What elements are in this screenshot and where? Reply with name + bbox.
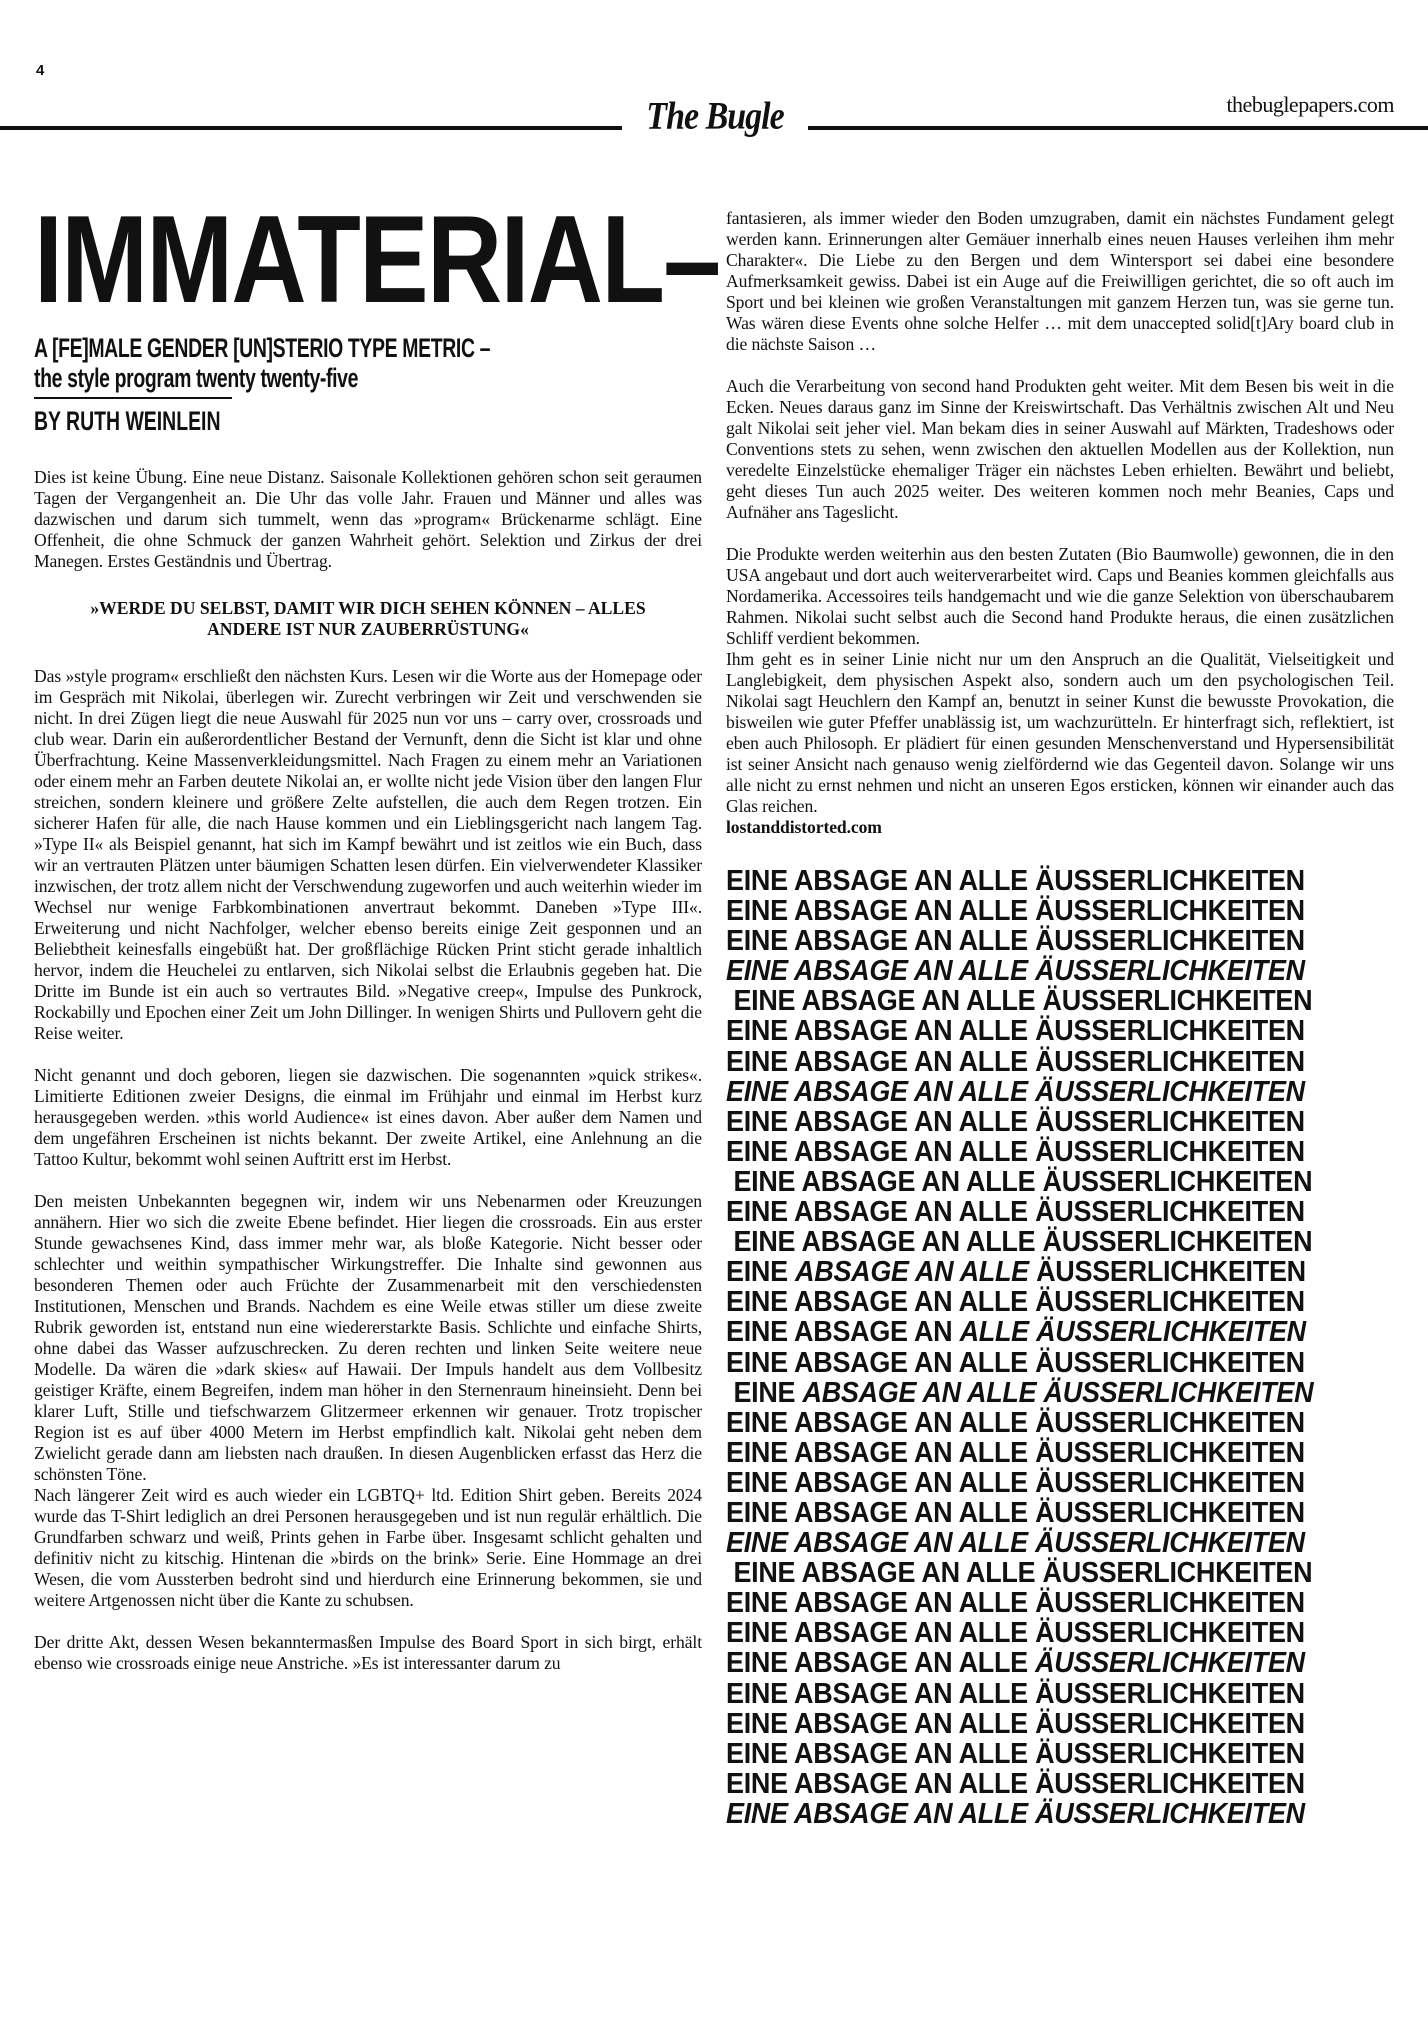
typography-word: ÄUSSERLICHKEITEN — [1035, 925, 1305, 957]
typography-word: ALLE — [959, 1678, 1036, 1710]
typography-word: EINE — [726, 1076, 794, 1108]
typography-word: ALLE — [959, 1407, 1036, 1439]
typography-word: ALLE — [959, 1347, 1036, 1379]
typography-word: ÄUSSERLICHKEITEN — [1035, 1768, 1305, 1800]
typography-word: ABSAGE — [802, 1377, 922, 1409]
typography-word: ABSAGE — [794, 1407, 914, 1439]
typography-word: ÄUSSERLICHKEITEN — [1035, 1647, 1305, 1679]
typography-word: AN — [922, 1377, 967, 1409]
typography-word: ABSAGE — [794, 1046, 914, 1078]
masthead-rule-left — [0, 126, 622, 130]
body-paragraph: Ihm geht es in seiner Linie nicht nur um… — [726, 649, 1394, 817]
body-paragraph: Nach längerer Zeit wird es auch wieder e… — [34, 1485, 702, 1611]
typography-word: EINE — [726, 1617, 794, 1649]
typography-word: ABSAGE — [794, 1497, 914, 1529]
typography-word: AN — [914, 1347, 959, 1379]
typography-row: EINE ABSAGE AN ALLE ÄUSSERLICHKEITEN — [726, 1468, 1347, 1498]
typography-word: ÄUSSERLICHKEITEN — [1035, 955, 1305, 987]
pull-quote: »WERDE DU SELBST, DAMIT WIR DICH SEHEN K… — [54, 598, 682, 640]
typography-word: ABSAGE — [801, 1166, 921, 1198]
website-link[interactable]: lostanddistorted.com — [726, 817, 1394, 838]
typography-row: EINE ABSAGE AN ALLE ÄUSSERLICHKEITEN — [726, 1408, 1347, 1438]
typography-word: ÄUSSERLICHKEITEN — [1035, 1076, 1305, 1108]
typography-word: ABSAGE — [801, 1557, 921, 1589]
typography-word: ÄUSSERLICHKEITEN — [1044, 1377, 1314, 1409]
typography-word: ALLE — [959, 1647, 1036, 1679]
typography-word: EINE — [726, 1678, 794, 1710]
typography-word: EINE — [726, 1768, 794, 1800]
typography-word: EINE — [733, 1557, 801, 1589]
typography-word: ALLE — [959, 1437, 1036, 1469]
intro-paragraph: Dies ist keine Übung. Eine neue Distanz.… — [34, 467, 702, 572]
typography-word: ABSAGE — [794, 1587, 914, 1619]
typography-word: EINE — [726, 925, 794, 957]
typography-word: AN — [921, 1557, 966, 1589]
typography-row: EINE ABSAGE AN ALLE ÄUSSERLICHKEITEN — [726, 1047, 1347, 1077]
typography-word: ALLE — [959, 1708, 1036, 1740]
typography-word: ABSAGE — [794, 1527, 914, 1559]
typography-word: ÄUSSERLICHKEITEN — [1035, 1136, 1305, 1168]
typography-word: ABSAGE — [795, 1256, 915, 1288]
typography-word: ÄUSSERLICHKEITEN — [1035, 1407, 1305, 1439]
typography-word: ALLE — [966, 1557, 1043, 1589]
typography-word: AN — [914, 1647, 959, 1679]
typography-word: ALLE — [960, 1256, 1037, 1288]
typography-word: ALLE — [966, 985, 1043, 1017]
typography-word: ALLE — [959, 865, 1036, 897]
typography-word: EINE — [726, 1527, 794, 1559]
body-paragraph: Das »style program« erschließt den nächs… — [34, 666, 702, 1044]
typography-row: EINE ABSAGE AN ALLE ÄUSSERLICHKEITEN — [726, 1618, 1347, 1648]
typography-word: AN — [914, 1196, 959, 1228]
typography-word: EINE — [726, 895, 794, 927]
typography-word: ALLE — [960, 1316, 1037, 1348]
typography-row: EINE ABSAGE AN ALLE ÄUSSERLICHKEITEN — [726, 1769, 1347, 1799]
typography-row: EINE ABSAGE AN ALLE ÄUSSERLICHKEITEN — [726, 1588, 1347, 1618]
typography-word: ABSAGE — [794, 895, 914, 927]
typography-word: ABSAGE — [794, 1708, 914, 1740]
typography-word: AN — [914, 1136, 959, 1168]
typography-word: ABSAGE — [794, 1738, 914, 1770]
typography-word: ÄUSSERLICHKEITEN — [1035, 1738, 1305, 1770]
typography-word: ALLE — [959, 1467, 1036, 1499]
typography-word: AN — [914, 955, 959, 987]
typography-row: EINE ABSAGE AN ALLE ÄUSSERLICHKEITEN — [726, 956, 1347, 986]
typography-word: ALLE — [959, 955, 1036, 987]
typography-word: ABSAGE — [794, 1647, 914, 1679]
typography-word: AN — [914, 1106, 959, 1138]
typography-word: AN — [914, 1015, 959, 1047]
site-url: thebuglepapers.com — [1226, 92, 1394, 118]
typography-row: EINE ABSAGE AN ALLE ÄUSSERLICHKEITEN — [726, 1528, 1347, 1558]
typography-word: ALLE — [967, 1377, 1044, 1409]
typography-word: ÄUSSERLICHKEITEN — [1035, 1587, 1305, 1619]
typography-word: ABSAGE — [794, 1286, 914, 1318]
typography-row: EINE ABSAGE AN ALLE ÄUSSERLICHKEITEN — [726, 1679, 1347, 1709]
typography-word: ABSAGE — [794, 1347, 914, 1379]
typography-word: ÄUSSERLICHKEITEN — [1043, 1557, 1313, 1589]
body-paragraph: Den meisten Unbekannten begegnen wir, in… — [34, 1191, 702, 1485]
typography-word: ALLE — [959, 895, 1036, 927]
typography-word: AN — [914, 1768, 959, 1800]
repeated-typography-block: EINE ABSAGE AN ALLE ÄUSSERLICHKEITENEINE… — [726, 866, 1394, 1829]
typography-word: ALLE — [959, 1046, 1036, 1078]
typography-row: EINE ABSAGE AN ALLE ÄUSSERLICHKEITEN — [726, 1498, 1347, 1528]
typography-row: EINE ABSAGE AN ALLE ÄUSSERLICHKEITEN — [726, 1799, 1347, 1829]
typography-word: ÄUSSERLICHKEITEN — [1035, 1708, 1305, 1740]
typography-word: AN — [915, 1256, 960, 1288]
typography-word: AN — [921, 985, 966, 1017]
typography-word: ABSAGE — [794, 1678, 914, 1710]
typography-word: ALLE — [959, 1136, 1036, 1168]
typography-word: AN — [914, 1738, 959, 1770]
typography-word: ÄUSSERLICHKEITEN — [1035, 895, 1305, 927]
typography-word: ABSAGE — [801, 985, 921, 1017]
typography-word: AN — [914, 865, 959, 897]
typography-row: EINE ABSAGE AN ALLE ÄUSSERLICHKEITEN — [726, 1378, 1347, 1408]
typography-row: EINE ABSAGE AN ALLE ÄUSSERLICHKEITEN — [726, 1648, 1347, 1678]
typography-word: EINE — [726, 955, 794, 987]
typography-word: ÄUSSERLICHKEITEN — [1035, 1286, 1305, 1318]
typography-row: EINE ABSAGE AN ALLE ÄUSSERLICHKEITEN — [726, 1558, 1347, 1588]
body-paragraph: Der dritte Akt, dessen Wesen bekannterma… — [34, 1632, 702, 1674]
typography-word: ALLE — [959, 1768, 1036, 1800]
typography-word: ALLE — [959, 1497, 1036, 1529]
typography-word: ÄUSSERLICHKEITEN — [1043, 1226, 1313, 1258]
typography-word: EINE — [733, 1166, 801, 1198]
typography-word: ÄUSSERLICHKEITEN — [1035, 1798, 1305, 1830]
typography-row: EINE ABSAGE AN ALLE ÄUSSERLICHKEITEN — [726, 1227, 1347, 1257]
typography-word: ÄUSSERLICHKEITEN — [1043, 985, 1313, 1017]
typography-word: ÄUSSERLICHKEITEN — [1035, 1617, 1305, 1649]
typography-word: ALLE — [966, 1166, 1043, 1198]
typography-word: ÄUSSERLICHKEITEN — [1035, 1015, 1305, 1047]
typography-word: AN — [914, 895, 959, 927]
subhead-line-2: the style program twenty twenty-five — [34, 363, 515, 393]
typography-word: AN — [914, 1678, 959, 1710]
typography-row: EINE ABSAGE AN ALLE ÄUSSERLICHKEITEN — [726, 1739, 1347, 1769]
typography-word: ABSAGE — [794, 1768, 914, 1800]
typography-word: ALLE — [959, 1015, 1036, 1047]
typography-word: ABSAGE — [794, 1076, 914, 1108]
typography-word: ABSAGE — [794, 1467, 914, 1499]
body-paragraph: Nicht genannt und doch geboren, liegen s… — [34, 1065, 702, 1170]
body-paragraph: Auch die Verarbeitung von second hand Pr… — [726, 376, 1394, 523]
headline: IMMATERIAL– — [34, 205, 595, 323]
typography-word: ABSAGE — [794, 1617, 914, 1649]
typography-word: EINE — [726, 1467, 794, 1499]
typography-row: EINE ABSAGE AN ALLE ÄUSSERLICHKEITEN — [726, 1257, 1347, 1287]
typography-word: ALLE — [959, 925, 1036, 957]
typography-word: ABSAGE — [794, 1196, 914, 1228]
typography-word: ALLE — [959, 1196, 1036, 1228]
typography-word: EINE — [726, 1798, 794, 1830]
typography-word: AN — [914, 1708, 959, 1740]
typography-word: ÄUSSERLICHKEITEN — [1035, 1527, 1305, 1559]
typography-word: EINE — [726, 1046, 794, 1078]
typography-word: AN — [914, 1316, 960, 1348]
typography-word: ABSAGE — [794, 1106, 914, 1138]
typography-row: EINE ABSAGE AN ALLE ÄUSSERLICHKEITEN — [726, 1107, 1347, 1137]
masthead-rule-right — [808, 126, 1428, 130]
typography-row: EINE ABSAGE AN ALLE ÄUSSERLICHKEITEN — [726, 1077, 1347, 1107]
byline: BY RUTH WEINLEIN — [34, 405, 515, 437]
typography-row: EINE ABSAGE AN ALLE ÄUSSERLICHKEITEN — [726, 1197, 1347, 1227]
typography-word: ABSAGE — [794, 1136, 914, 1168]
typography-word: ALLE — [959, 1286, 1036, 1318]
page-number: 4 — [36, 62, 44, 79]
typography-word: ALLE — [959, 1738, 1036, 1770]
typography-word: EINE — [726, 1106, 794, 1138]
typography-word: ÄUSSERLICHKEITEN — [1035, 1106, 1305, 1138]
typography-word: EINE — [726, 1316, 794, 1348]
typography-word: EINE — [726, 1437, 794, 1469]
masthead-logo: The Bugle — [640, 95, 790, 139]
typography-row: EINE ABSAGE AN ALLE ÄUSSERLICHKEITEN — [726, 926, 1347, 956]
typography-word: EINE — [726, 1647, 794, 1679]
typography-row: EINE ABSAGE AN ALLE ÄUSSERLICHKEITEN — [726, 1438, 1347, 1468]
right-column: fantasieren, als immer wieder den Boden … — [726, 208, 1394, 1829]
typography-row: EINE ABSAGE AN ALLE ÄUSSERLICHKEITEN — [726, 1317, 1347, 1347]
typography-word: ALLE — [959, 1587, 1036, 1619]
typography-word: AN — [914, 1587, 959, 1619]
typography-word: ÄUSSERLICHKEITEN — [1035, 1347, 1305, 1379]
typography-row: EINE ABSAGE AN ALLE ÄUSSERLICHKEITEN — [726, 1167, 1347, 1197]
typography-word: ABSAGE — [794, 925, 914, 957]
typography-word: ÄUSSERLICHKEITEN — [1035, 1678, 1305, 1710]
typography-word: ÄUSSERLICHKEITEN — [1035, 1196, 1305, 1228]
typography-row: EINE ABSAGE AN ALLE ÄUSSERLICHKEITEN — [726, 1137, 1347, 1167]
typography-word: EINE — [733, 1377, 802, 1409]
typography-word: AN — [914, 1497, 959, 1529]
typography-row: EINE ABSAGE AN ALLE ÄUSSERLICHKEITEN — [726, 1348, 1347, 1378]
typography-word: EINE — [726, 1708, 794, 1740]
typography-row: EINE ABSAGE AN ALLE ÄUSSERLICHKEITEN — [726, 986, 1347, 1016]
typography-word: ALLE — [959, 1798, 1036, 1830]
typography-row: EINE ABSAGE AN ALLE ÄUSSERLICHKEITEN — [726, 1016, 1347, 1046]
typography-word: EINE — [726, 1196, 794, 1228]
typography-word: ÄUSSERLICHKEITEN — [1036, 1316, 1306, 1348]
typography-row: EINE ABSAGE AN ALLE ÄUSSERLICHKEITEN — [726, 1287, 1347, 1317]
typography-word: EINE — [726, 1497, 794, 1529]
typography-word: ÄUSSERLICHKEITEN — [1035, 1497, 1305, 1529]
typography-word: EINE — [726, 1347, 794, 1379]
typography-word: AN — [914, 925, 959, 957]
typography-word: ABSAGE — [794, 865, 914, 897]
typography-word: EINE — [726, 1587, 794, 1619]
typography-word: ÄUSSERLICHKEITEN — [1036, 1256, 1306, 1288]
typography-word: ABSAGE — [801, 1226, 921, 1258]
typography-row: EINE ABSAGE AN ALLE ÄUSSERLICHKEITEN — [726, 1709, 1347, 1739]
typography-word: AN — [914, 1046, 959, 1078]
typography-word: ÄUSSERLICHKEITEN — [1043, 1166, 1313, 1198]
typography-word: ABSAGE — [794, 1798, 914, 1830]
typography-word: AN — [914, 1798, 959, 1830]
typography-word: AN — [914, 1617, 959, 1649]
typography-word: EINE — [726, 1256, 795, 1288]
subhead-line-1: A [FE]MALE GENDER [UN]STERIO TYPE METRIC… — [34, 333, 515, 363]
typography-word: AN — [921, 1166, 966, 1198]
typography-word: ALLE — [959, 1617, 1036, 1649]
typography-word: EINE — [726, 1015, 794, 1047]
typography-row: EINE ABSAGE AN ALLE ÄUSSERLICHKEITEN — [726, 896, 1347, 926]
typography-word: EINE — [726, 1738, 794, 1770]
typography-word: ABSAGE — [794, 1316, 914, 1348]
typography-word: ÄUSSERLICHKEITEN — [1035, 1437, 1305, 1469]
typography-word: EINE — [726, 865, 794, 897]
typography-word: AN — [914, 1467, 959, 1499]
body-paragraph: fantasieren, als immer wieder den Boden … — [726, 208, 1394, 355]
typography-word: AN — [914, 1527, 959, 1559]
typography-word: ALLE — [959, 1076, 1036, 1108]
typography-word: AN — [921, 1226, 966, 1258]
byline-divider — [34, 397, 232, 399]
typography-word: ALLE — [966, 1226, 1043, 1258]
body-paragraph: Die Produkte werden weiterhin aus den be… — [726, 544, 1394, 649]
typography-word: ABSAGE — [794, 1015, 914, 1047]
typography-word: ALLE — [959, 1527, 1036, 1559]
typography-word: ALLE — [959, 1106, 1036, 1138]
typography-word: AN — [914, 1076, 959, 1108]
typography-word: ABSAGE — [794, 1437, 914, 1469]
typography-word: EINE — [726, 1407, 794, 1439]
typography-word: AN — [914, 1286, 959, 1318]
typography-word: EINE — [733, 985, 801, 1017]
typography-word: EINE — [726, 1136, 794, 1168]
typography-word: AN — [914, 1407, 959, 1439]
typography-word: ABSAGE — [794, 955, 914, 987]
typography-word: ÄUSSERLICHKEITEN — [1035, 865, 1305, 897]
typography-word: EINE — [726, 1286, 794, 1318]
typography-word: AN — [914, 1437, 959, 1469]
typography-word: ÄUSSERLICHKEITEN — [1035, 1467, 1305, 1499]
left-column: IMMATERIAL– A [FE]MALE GENDER [UN]STERIO… — [34, 205, 702, 1674]
typography-row: EINE ABSAGE AN ALLE ÄUSSERLICHKEITEN — [726, 866, 1347, 896]
typography-word: ÄUSSERLICHKEITEN — [1035, 1046, 1305, 1078]
typography-word: EINE — [733, 1226, 801, 1258]
